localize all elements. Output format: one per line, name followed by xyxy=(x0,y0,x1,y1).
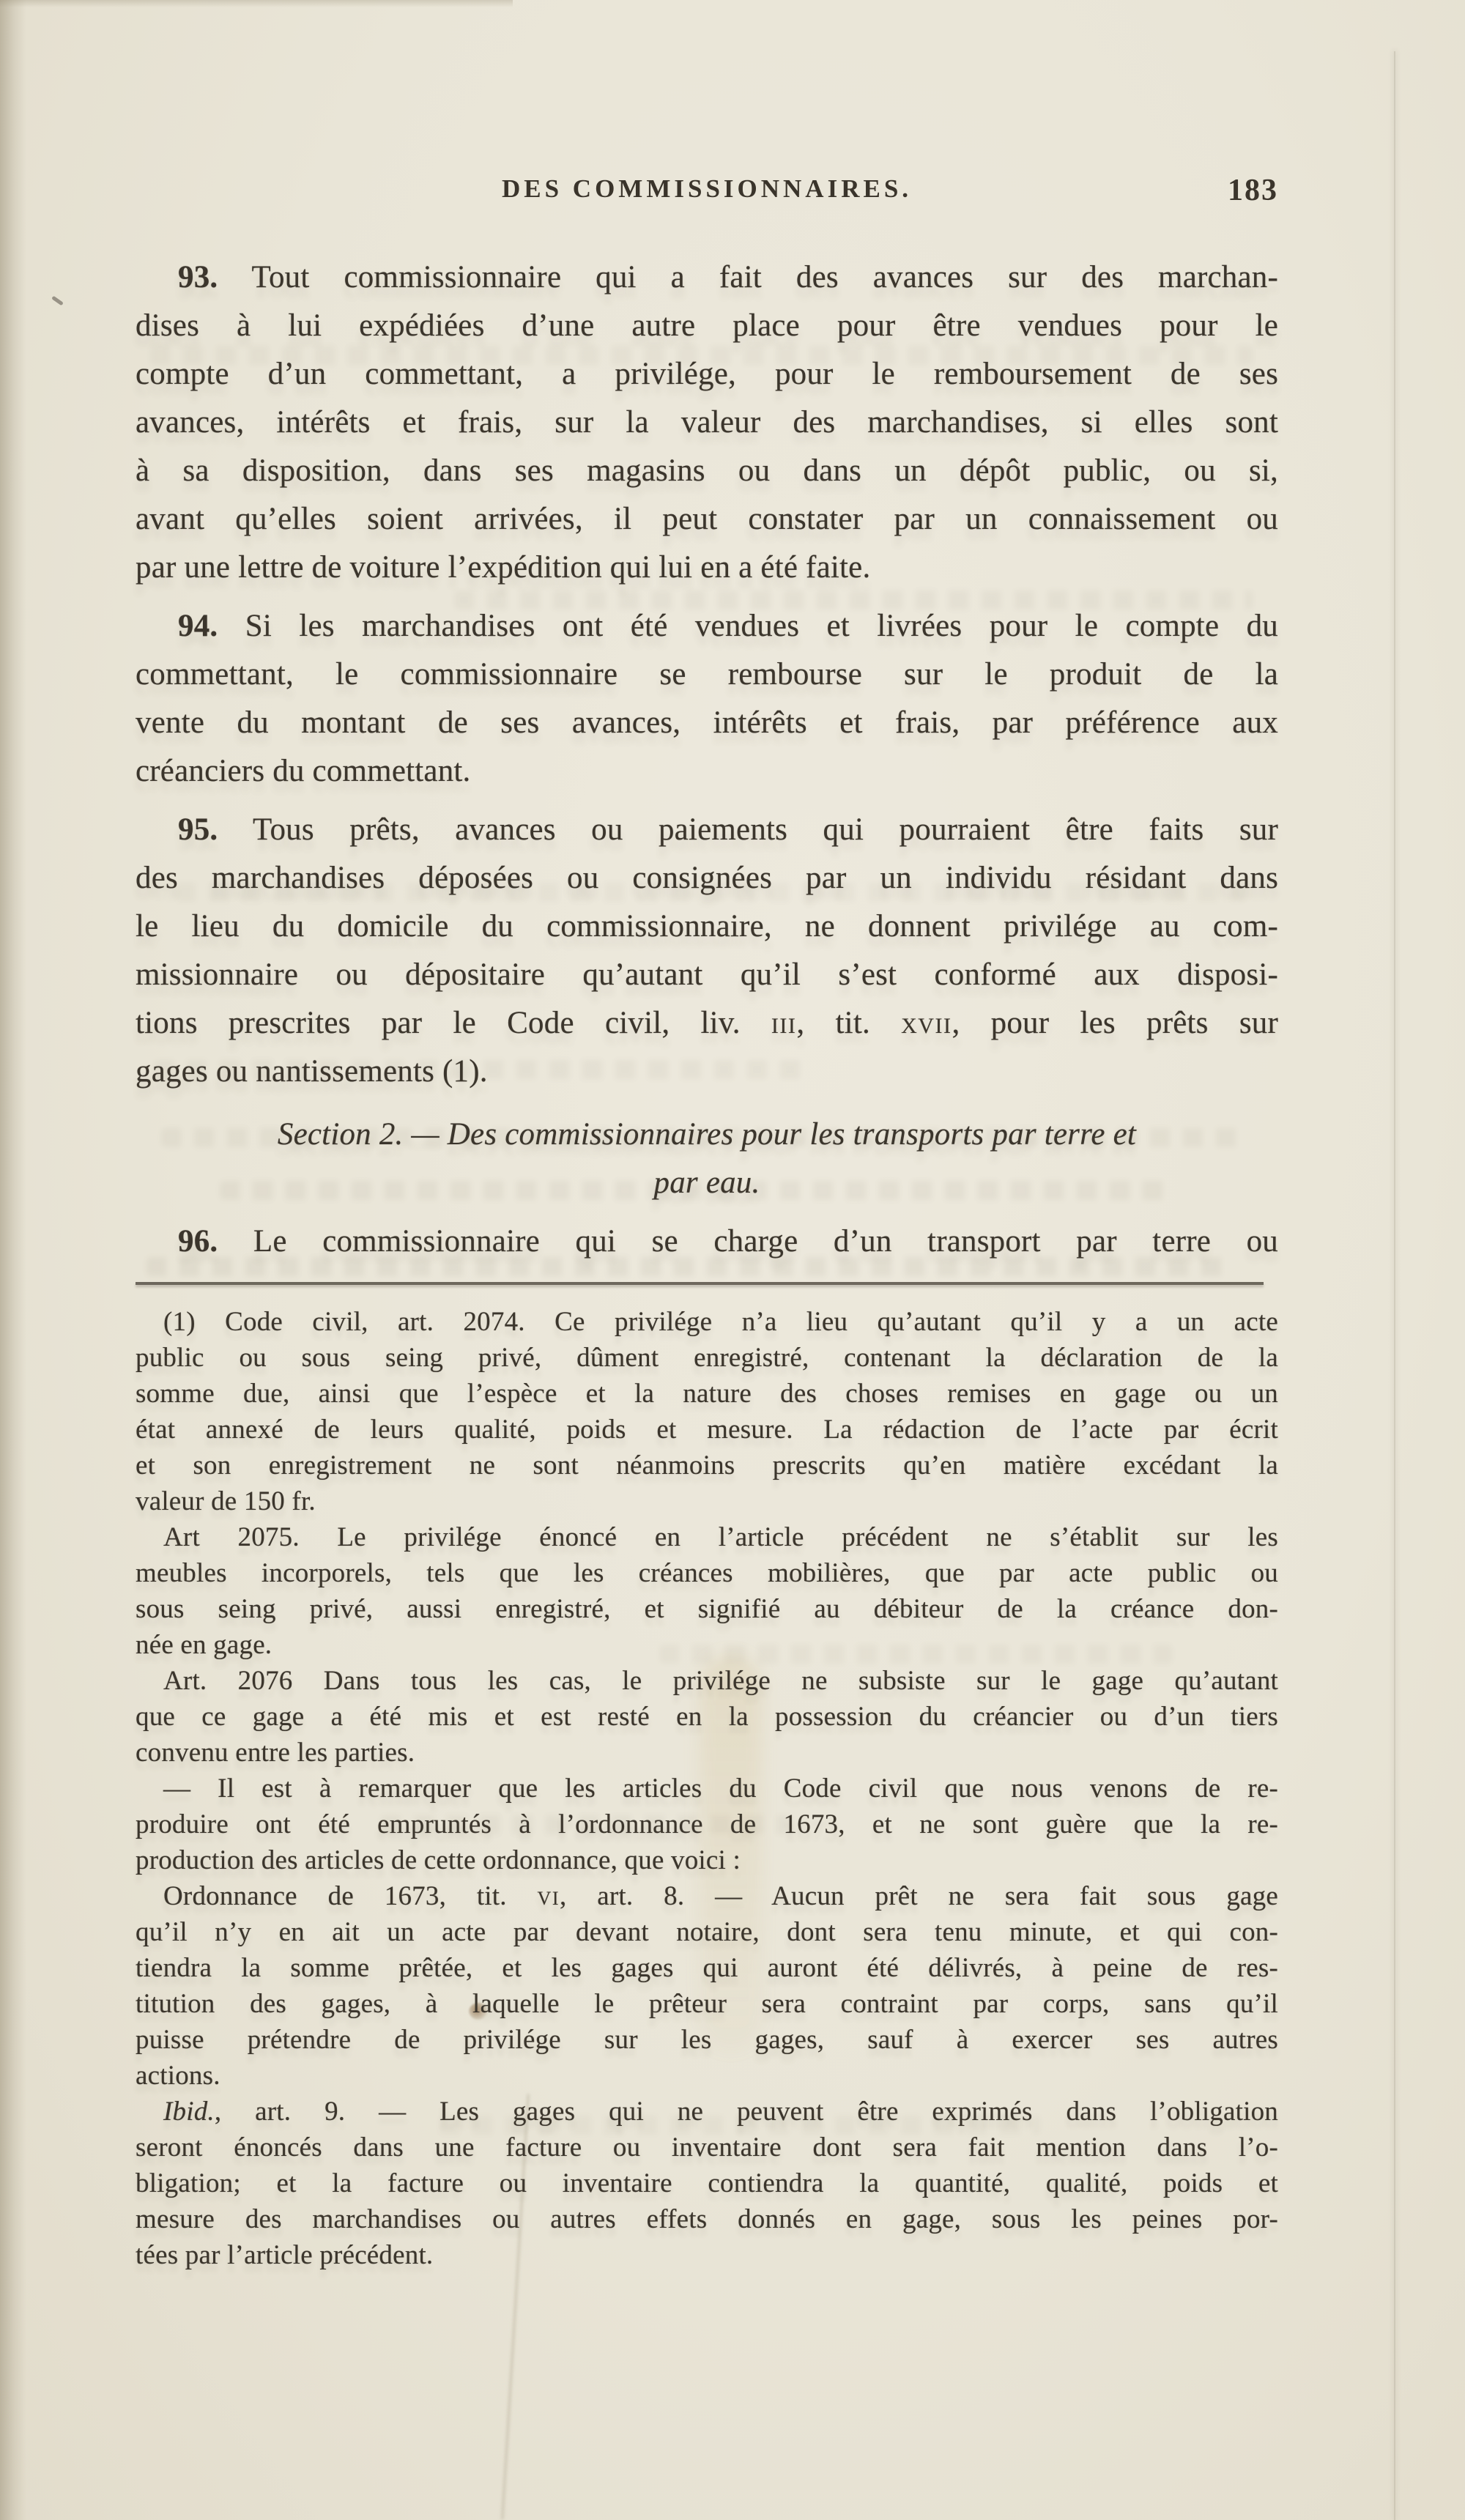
footnote-ordonnance-1673-art8: Ordonnance de 1673, tit. vi, art. 8. — A… xyxy=(136,1878,1278,2094)
text-line: seront énoncés dans une facture ou inven… xyxy=(136,2130,1278,2165)
text-line: 95. Tous prêts, avances ou paiements qui… xyxy=(136,806,1278,854)
article-95: 95. Tous prêts, avances ou paiements qui… xyxy=(136,806,1278,1096)
text-line: avant qu’elles soient arrivées, il peut … xyxy=(136,495,1278,544)
text-line: compte d’un commettant, a privilége, pou… xyxy=(136,350,1278,399)
section-2-heading: Section 2. — Des commissionnaires pour l… xyxy=(136,1111,1278,1207)
page-title: DES COMMISSIONNAIRES. xyxy=(136,174,1278,204)
text-line: missionnaire ou dépositaire qu’autant qu… xyxy=(136,951,1278,999)
text-line: — Il est à remarquer que les articles du… xyxy=(136,1771,1278,1806)
footnote-ordonnance-1673-art9: Ibid., art. 9. — Les gages qui ne peuven… xyxy=(136,2094,1278,2273)
footnote-code-civil-2076: Art. 2076 Dans tous les cas, le privilég… xyxy=(136,1663,1278,1771)
text-line: dises à lui expédiées d’une autre place … xyxy=(136,302,1278,350)
text-line: titution des gages, à laquelle le prêteu… xyxy=(136,1986,1278,2022)
text-line: gages ou nantissements (1). xyxy=(136,1048,1278,1096)
running-head: DES COMMISSIONNAIRES. 183 xyxy=(136,174,1278,211)
footnote-separator-rule xyxy=(136,1282,1264,1285)
text-line: par eau. xyxy=(136,1159,1278,1207)
text-line: tiendra la somme prêtée, et les gages qu… xyxy=(136,1950,1278,1986)
page-number: 183 xyxy=(1228,173,1278,208)
text-line: (1) Code civil, art. 2074. Ce privilége … xyxy=(136,1304,1278,1340)
book-page-scan: DES COMMISSIONNAIRES. 183 93. Tout commi… xyxy=(0,0,1465,2520)
text-line: née en gage. xyxy=(136,1627,1278,1663)
text-line: tions prescrites par le Code civil, liv.… xyxy=(136,999,1278,1048)
text-line: convenu entre les parties. xyxy=(136,1735,1278,1771)
footnote-remark: — Il est à remarquer que les articles du… xyxy=(136,1771,1278,1878)
text-line: Ibid., art. 9. — Les gages qui ne peuven… xyxy=(136,2094,1278,2130)
text-line: à sa disposition, dans ses magasins ou d… xyxy=(136,447,1278,495)
text-line: puisse prétendre de privilége sur les ga… xyxy=(136,2022,1278,2058)
article-96: 96. Le commissionnaire qui se charge d’u… xyxy=(136,1218,1278,1266)
text-line: par une lettre de voiture l’expédition q… xyxy=(136,544,1278,592)
text-line: et son enregistrement ne sont néanmoins … xyxy=(136,1448,1278,1483)
text-line: qu’il n’y en ait un acte par devant nota… xyxy=(136,1914,1278,1950)
text-line: tées par l’article précédent. xyxy=(136,2237,1278,2273)
article-94: 94. Si les marchandises ont été vendues … xyxy=(136,602,1278,796)
ink-fleck xyxy=(51,296,64,306)
text-line: état annexé de leurs qualité, poids et m… xyxy=(136,1412,1278,1448)
text-line: meubles incorporels, tels que les créanc… xyxy=(136,1555,1278,1591)
text-line: somme due, ainsi que l’espèce et la natu… xyxy=(136,1376,1278,1412)
text-line: public ou sous seing privé, dûment enreg… xyxy=(136,1340,1278,1376)
text-line: mesure des marchandises ou autres effets… xyxy=(136,2201,1278,2237)
main-text-block: 93. Tout commissionnaire qui a fait des … xyxy=(136,253,1278,1266)
text-line: production des articles de cette ordonna… xyxy=(136,1842,1278,1878)
text-line: Art. 2076 Dans tous les cas, le privilég… xyxy=(136,1663,1278,1699)
text-line: créanciers du commettant. xyxy=(136,747,1278,796)
article-93: 93. Tout commissionnaire qui a fait des … xyxy=(136,253,1278,592)
text-line: sous seing privé, aussi enregistré, et s… xyxy=(136,1591,1278,1627)
text-line: commettant, le commissionnaire se rembou… xyxy=(136,651,1278,699)
scan-edge-shadow-top xyxy=(0,0,513,7)
scan-edge-shadow-left xyxy=(0,0,26,2520)
footnote-code-civil-2074: (1) Code civil, art. 2074. Ce privilége … xyxy=(136,1304,1278,1519)
text-line: Section 2. — Des commissionnaires pour l… xyxy=(136,1111,1278,1159)
text-line: bligation; et la facture ou inventaire c… xyxy=(136,2165,1278,2201)
text-line: 96. Le commissionnaire qui se charge d’u… xyxy=(136,1218,1278,1266)
text-line: 94. Si les marchandises ont été vendues … xyxy=(136,602,1278,651)
text-line: produire ont été empruntés à l’ordonnanc… xyxy=(136,1806,1278,1842)
text-line: 93. Tout commissionnaire qui a fait des … xyxy=(136,253,1278,302)
text-line: avances, intérêts et frais, sur la valeu… xyxy=(136,399,1278,447)
text-line: que ce gage a été mis et est resté en la… xyxy=(136,1699,1278,1735)
footnote-block: (1) Code civil, art. 2074. Ce privilége … xyxy=(136,1304,1278,2273)
text-line: des marchandises déposées ou consignées … xyxy=(136,854,1278,903)
text-line: valeur de 150 fr. xyxy=(136,1483,1278,1519)
text-line: Ordonnance de 1673, tit. vi, art. 8. — A… xyxy=(136,1878,1278,1914)
text-line: vente du montant de ses avances, intérêt… xyxy=(136,699,1278,747)
text-line: actions. xyxy=(136,2058,1278,2094)
footnote-code-civil-2075: Art 2075. Le privilége énoncé en l’artic… xyxy=(136,1519,1278,1663)
text-line: Art 2075. Le privilége énoncé en l’artic… xyxy=(136,1519,1278,1555)
page-crease-right xyxy=(1394,51,1395,2520)
text-line: le lieu du domicile du commissionnaire, … xyxy=(136,903,1278,951)
